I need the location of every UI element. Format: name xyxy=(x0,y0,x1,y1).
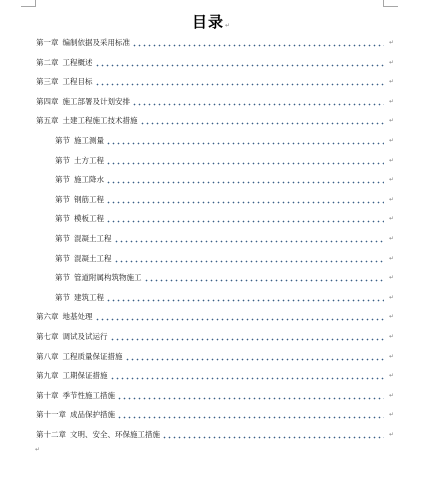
toc-entry-text: 地基处理 xyxy=(63,310,95,324)
toc-entry[interactable]: 第三章工程目标↵ xyxy=(36,75,394,89)
paragraph-mark-icon: ↵ xyxy=(384,291,394,305)
paragraph-mark-icon: ↵ xyxy=(384,36,394,50)
empty-paragraph-mark-icon[interactable]: ↵ xyxy=(35,446,40,453)
toc-entry-text: 钢筋工程 xyxy=(74,193,106,207)
toc-entry[interactable]: 第五章土建工程施工技术措施↵ xyxy=(36,114,394,128)
toc-entry-number: 第十章 xyxy=(36,389,59,403)
dot-leader xyxy=(106,157,384,165)
toc-entry-number: 第八章 xyxy=(36,350,59,364)
toc-entry-number: 第节 xyxy=(55,154,70,168)
toc-entry-text: 混凝土工程 xyxy=(74,252,114,266)
dot-leader xyxy=(132,98,384,106)
page-corner-mark-top-left xyxy=(21,0,36,7)
paragraph-mark-icon: ↵ xyxy=(384,310,394,324)
toc-entry-text: 管道附属构筑物施工 xyxy=(74,271,144,285)
toc-entry[interactable]: 第十一章成品保护措施↵ xyxy=(36,408,394,422)
toc-entry-number: 第节 xyxy=(55,232,70,246)
toc-entry-text: 成品保护措施 xyxy=(70,408,117,422)
toc-entry-text: 施工测量 xyxy=(74,134,106,148)
toc-entry[interactable]: 第六章地基处理↵ xyxy=(36,310,394,324)
toc-entry-text: 工程目标 xyxy=(63,75,95,89)
paragraph-mark-icon: ↵ xyxy=(384,56,394,70)
toc-entry-text: 调试及试运行 xyxy=(63,330,110,344)
toc-entry-number: 第十二章 xyxy=(36,428,66,442)
toc-entry-text: 混凝土工程 xyxy=(74,232,114,246)
dot-leader xyxy=(132,39,384,47)
toc-entry-text: 施工部署及计划安排 xyxy=(63,95,133,109)
dot-leader xyxy=(110,372,385,380)
title-text: 目录 xyxy=(192,13,224,31)
paragraph-mark-icon: ↵ xyxy=(384,232,394,246)
toc-entry-number: 第六章 xyxy=(36,310,59,324)
paragraph-mark-icon: ↵ xyxy=(225,22,231,29)
dot-leader xyxy=(140,117,385,125)
dot-leader xyxy=(114,235,385,243)
paragraph-mark-icon: ↵ xyxy=(384,212,394,226)
paragraph-mark-icon: ↵ xyxy=(384,193,394,207)
paragraph-mark-icon: ↵ xyxy=(384,75,394,89)
toc-entry[interactable]: 第九章工期保证措施↵ xyxy=(36,369,394,383)
paragraph-mark-icon: ↵ xyxy=(384,369,394,383)
paragraph-mark-icon: ↵ xyxy=(384,428,394,442)
dot-leader xyxy=(110,333,385,341)
paragraph-mark-icon: ↵ xyxy=(384,252,394,266)
toc-entry-text: 工程质量保证措施 xyxy=(63,350,125,364)
paragraph-mark-icon: ↵ xyxy=(384,173,394,187)
toc-entry-text: 编制依据及采用标准 xyxy=(63,36,133,50)
dot-leader xyxy=(106,215,384,223)
toc-subentry[interactable]: 第节土方工程↵ xyxy=(55,154,394,168)
dot-leader xyxy=(144,274,385,282)
dot-leader xyxy=(162,431,384,439)
dot-leader xyxy=(125,353,385,361)
toc-entry-number: 第节 xyxy=(55,173,70,187)
toc-entry[interactable]: 第七章调试及试运行↵ xyxy=(36,330,394,344)
toc-subentry[interactable]: 第节施工降水↵ xyxy=(55,173,394,187)
toc-entry-number: 第节 xyxy=(55,212,70,226)
toc-entry-number: 第节 xyxy=(55,271,70,285)
toc-entry[interactable]: 第一章编制依据及采用标准↵ xyxy=(36,36,394,50)
toc-entry-text: 工程概述 xyxy=(63,56,95,70)
toc-entry-text: 文明、安全、环保施工措施 xyxy=(70,428,162,442)
paragraph-mark-icon: ↵ xyxy=(384,330,394,344)
toc-entry-text: 季节性施工措施 xyxy=(63,389,118,403)
toc-entry-text: 施工降水 xyxy=(74,173,106,187)
paragraph-mark-icon: ↵ xyxy=(384,134,394,148)
toc-entry[interactable]: 第八章工程质量保证措施↵ xyxy=(36,350,394,364)
paragraph-mark-icon: ↵ xyxy=(384,154,394,168)
toc-entry-number: 第节 xyxy=(55,252,70,266)
toc-subentry[interactable]: 第节施工测量↵ xyxy=(55,134,394,148)
dot-leader xyxy=(117,411,384,419)
dot-leader xyxy=(106,176,384,184)
toc-entry-number: 第三章 xyxy=(36,75,59,89)
paragraph-mark-icon: ↵ xyxy=(384,350,394,364)
toc-entry-number: 第二章 xyxy=(36,56,59,70)
dot-leader xyxy=(95,313,385,321)
dot-leader xyxy=(106,294,384,302)
toc-entry-number: 第节 xyxy=(55,193,70,207)
toc-entry-number: 第一章 xyxy=(36,36,59,50)
toc-entry-text: 模板工程 xyxy=(74,212,106,226)
toc-entry-text: 土建工程施工技术措施 xyxy=(63,114,140,128)
toc-subentry[interactable]: 第节建筑工程↵ xyxy=(55,291,394,305)
dot-leader xyxy=(95,59,385,67)
toc-entry[interactable]: 第十二章文明、安全、环保施工措施↵ xyxy=(36,428,394,442)
toc-entry-number: 第十一章 xyxy=(36,408,66,422)
dot-leader xyxy=(106,137,384,145)
dot-leader xyxy=(117,392,384,400)
paragraph-mark-icon: ↵ xyxy=(384,114,394,128)
toc-entry-text: 工期保证措施 xyxy=(63,369,110,383)
toc-entry-text: 建筑工程 xyxy=(74,291,106,305)
toc-entry-number: 第五章 xyxy=(36,114,59,128)
toc-entry[interactable]: 第二章工程概述↵ xyxy=(36,56,394,70)
toc-entry-number: 第四章 xyxy=(36,95,59,109)
toc-entry[interactable]: 第十章季节性施工措施↵ xyxy=(36,389,394,403)
toc-entry-number: 第节 xyxy=(55,291,70,305)
paragraph-mark-icon: ↵ xyxy=(384,408,394,422)
dot-leader xyxy=(106,196,384,204)
toc-subentry[interactable]: 第节管道附属构筑物施工↵ xyxy=(55,271,394,285)
toc-entry-number: 第七章 xyxy=(36,330,59,344)
toc-entry[interactable]: 第四章施工部署及计划安排↵ xyxy=(36,95,394,109)
paragraph-mark-icon: ↵ xyxy=(384,271,394,285)
toc-subentry[interactable]: 第节钢筋工程↵ xyxy=(55,193,394,207)
document-title[interactable]: 目录↵ xyxy=(0,11,423,32)
paragraph-mark-icon: ↵ xyxy=(384,95,394,109)
dot-leader xyxy=(114,255,385,263)
toc-entry-number: 第九章 xyxy=(36,369,59,383)
paragraph-mark-icon: ↵ xyxy=(384,389,394,403)
toc-entry-number: 第节 xyxy=(55,134,70,148)
page-corner-mark-top-right xyxy=(383,0,398,7)
dot-leader xyxy=(95,78,385,86)
toc-subentry[interactable]: 第节模板工程↵ xyxy=(55,212,394,226)
toc-subentry[interactable]: 第节混凝土工程↵ xyxy=(55,232,394,246)
toc-entry-text: 土方工程 xyxy=(74,154,106,168)
toc-subentry[interactable]: 第节混凝土工程↵ xyxy=(55,252,394,266)
